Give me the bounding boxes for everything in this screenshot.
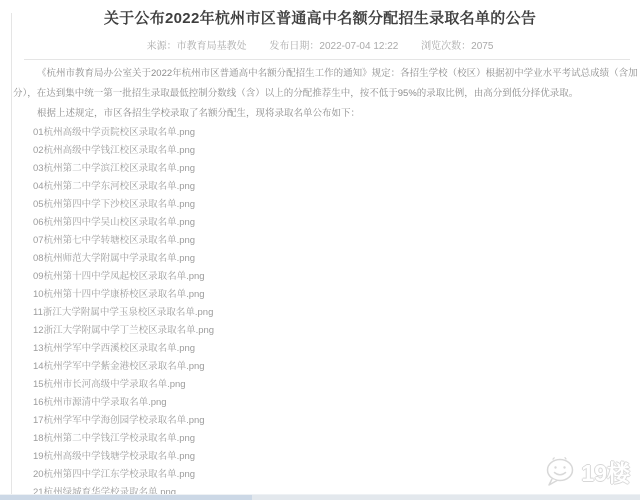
attachment-link[interactable]: 02杭州高级中学钱江校区录取名单.png [33,142,640,160]
watermark-text: 19楼 [581,455,630,488]
announcement-page: 关于公布2022年杭州市区普通高中名额分配招生录取名单的公告 来源：市教育局基教… [0,0,640,500]
footer-bar [0,494,640,500]
smiley-bubble-icon [544,457,576,487]
attachment-link[interactable]: 16杭州市源清中学录取名单.png [33,394,640,412]
article-meta: 来源：市教育局基教处 发布日期：2022-07-04 12:22 浏览次数：20… [0,41,640,53]
attachment-link[interactable]: 03杭州第二中学滨江校区录取名单.png [33,160,640,178]
attachment-link[interactable]: 08杭州师范大学附属中学录取名单.png [33,250,640,268]
attachment-link[interactable]: 17杭州学军中学海创园学校录取名单.png [33,412,640,430]
meta-view-count: 浏览次数：2075 [421,41,493,52]
attachment-link[interactable]: 14杭州学军中学紫金港校区录取名单.png [33,358,640,376]
paragraph-line: 《杭州市教育局办公室关于2022年杭州市区普通高中名额分配招生工作的通知》规定：… [13,64,640,84]
paragraph-line: 分），在达到集中统一第一批招生录取最低控制分数线（含）以上的分配推荐生中，按不低… [13,84,640,104]
article-body: 《杭州市教育局办公室关于2022年杭州市区普通高中名额分配招生工作的通知》规定：… [13,64,640,500]
attachment-link[interactable]: 05杭州第四中学下沙校区录取名单.png [33,196,640,214]
attachment-link[interactable]: 07杭州第七中学转塘校区录取名单.png [33,232,640,250]
left-border-line [11,13,12,496]
header-divider [24,59,630,60]
attachment-link[interactable]: 01杭州高级中学贡院校区录取名单.png [33,124,640,142]
attachment-link[interactable]: 10杭州第十四中学康桥校区录取名单.png [33,286,640,304]
attachment-link[interactable]: 06杭州第四中学吴山校区录取名单.png [33,214,640,232]
attachment-link[interactable]: 09杭州第十四中学凤起校区录取名单.png [33,268,640,286]
meta-source: 来源：市教育局基教处 [147,41,247,52]
attachment-link[interactable]: 04杭州第二中学东河校区录取名单.png [33,178,640,196]
attachment-link[interactable]: 15杭州市长河高级中学录取名单.png [33,376,640,394]
meta-publish-date: 发布日期：2022-07-04 12:22 [269,41,398,52]
attachment-link[interactable]: 12浙江大学附属中学丁兰校区录取名单.png [33,322,640,340]
attachment-link[interactable]: 11浙江大学附属中学玉泉校区录取名单.png [33,304,640,322]
attachment-list: 01杭州高级中学贡院校区录取名单.png02杭州高级中学钱江校区录取名单.png… [13,124,640,500]
paragraph-line: 根据上述规定，市区各招生学校录取了名额分配生，现将录取名单公布如下： [13,104,640,124]
attachment-link[interactable]: 18杭州第二中学钱江学校录取名单.png [33,430,640,448]
page-title: 关于公布2022年杭州市区普通高中名额分配招生录取名单的公告 [0,0,640,29]
attachment-link[interactable]: 13杭州学军中学西溪校区录取名单.png [33,340,640,358]
watermark-logo: 19楼 [544,455,630,488]
